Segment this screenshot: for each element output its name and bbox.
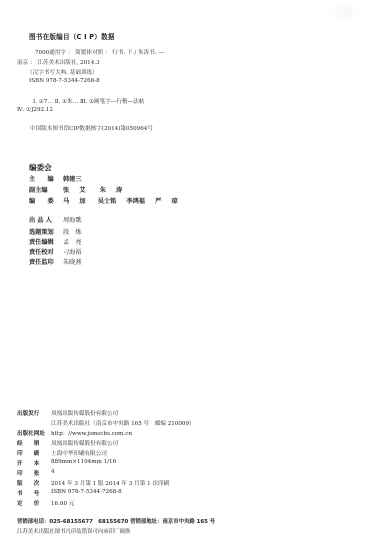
pub-label: 印 刷 — [17, 449, 51, 457]
pub-label: 印 张 — [17, 469, 51, 477]
editorial-value: 艾 — [79, 187, 85, 194]
editorial-value: 马 — [63, 198, 69, 205]
editorial-values: 马 加 吴士铭 李鸿福 严 琼 — [63, 196, 186, 205]
pub-label: 出版发行 — [17, 409, 51, 417]
staff-label: 选题策划 — [29, 227, 63, 236]
pub-label: 书 号 — [17, 489, 51, 497]
editorial-value: 琼 — [171, 198, 177, 205]
editorial-value: 朱 — [100, 187, 106, 194]
staff-label: 责任校对 — [29, 247, 63, 256]
pub-row: 出版社网址 http：//www.jsmscbs.com.cn — [17, 429, 132, 437]
pub-label: 开 本 — [17, 459, 51, 467]
staff-value: 段 炼 — [63, 227, 82, 236]
pub-value: 凤凰出版传媒股份有限公司 — [51, 409, 118, 417]
pub-label: 版 次 — [17, 479, 51, 487]
pub-row: 江苏美术出版社（南京市中央路 165 号 邮编 210009） — [17, 419, 195, 427]
cip-line: ISBN 978-7-5344-7268-8 — [29, 78, 100, 84]
editorial-values: 韩建三 — [63, 174, 90, 183]
pub-label: 经 销 — [17, 439, 51, 447]
pub-value: ISBN 978-7-5344-7268-8 — [51, 489, 122, 497]
misprint-notice: 江苏美术出版社图书凡印装错误可向承印厂调换 — [17, 527, 130, 535]
cip-line: （汉字书写大典. 基础训练） — [27, 68, 98, 76]
editorial-value: 张 — [63, 187, 69, 194]
editorial-label: 编 委 — [29, 196, 63, 205]
editorial-value: 李鸿福 — [126, 198, 145, 205]
editorial-value: 韩建三 — [63, 176, 82, 183]
cip-classification: Ⅳ. ①J292.12 — [17, 107, 53, 113]
pub-row: 开 本 889mm×1194mm 1/16 — [17, 459, 116, 467]
editorial-value: 涛 — [116, 187, 122, 194]
editorial-row: 编 委 马 加 吴士铭 李鸿福 严 琼 — [29, 196, 186, 205]
pub-value: 2014 年 3 月第 1 版 2014 年 3 月第 1 次印刷 — [51, 479, 169, 487]
pub-row: 印 刷 上海中华印刷有限公司 — [17, 449, 107, 457]
pub-value: 889mm×1194mm 1/16 — [51, 459, 116, 467]
staff-value: 孟 亮 — [63, 237, 82, 246]
marketing-contact: 营销部电话：025-68155677 68155670 营销部地址：南京市中央路… — [17, 517, 215, 525]
pub-row: 书 号 ISBN 978-7-5344-7268-8 — [17, 489, 122, 497]
staff-value: 刁海裕 — [63, 247, 82, 256]
cip-number: 中国版本图书馆CIP数据核字(2014)第050964号 — [30, 124, 153, 132]
pub-value: 江苏美术出版社（南京市中央路 165 号 邮编 210009） — [51, 419, 195, 427]
pub-label: 出版社网址 — [17, 429, 51, 437]
pub-label — [17, 419, 51, 427]
editorial-label: 副主编 — [29, 185, 63, 194]
pub-value: 凤凰出版传媒股份有限公司 — [51, 439, 118, 447]
staff-row: 责任编辑 孟 亮 — [29, 237, 82, 246]
cip-classification: Ⅰ. ①7… Ⅱ. ①朱… Ⅲ. ①硬笔字—行楷—法帖 — [33, 97, 144, 105]
staff-row: 责任监印 朱晓燕 — [29, 257, 82, 266]
staff-label: 责任监印 — [29, 257, 63, 266]
editorial-row: 副主编 张 艾 朱 涛 — [29, 185, 130, 194]
pub-row: 版 次 2014 年 3 月第 1 版 2014 年 3 月第 1 次印刷 — [17, 479, 169, 487]
staff-label: 出 品 人 — [29, 215, 63, 224]
pub-value: 16.00 元 — [51, 499, 74, 507]
editorial-row: 主 编 韩建三 — [29, 174, 90, 183]
editorial-values: 张 艾 朱 涛 — [63, 185, 130, 194]
staff-value: 周海歌 — [63, 215, 82, 224]
editorial-title: 编委会 — [29, 162, 52, 173]
editorial-label: 主 编 — [29, 174, 63, 183]
cip-line: 南京 ： 江苏美术出版社, 2014.3 — [17, 58, 100, 66]
pub-value: 上海中华印刷有限公司 — [51, 449, 107, 457]
editorial-value: 严 — [155, 198, 161, 205]
staff-value: 朱晓燕 — [63, 257, 82, 266]
pub-website-link: http：//www.jsmscbs.com.cn — [51, 429, 132, 437]
editorial-value: 吴士铭 — [98, 198, 117, 205]
staff-label: 责任编辑 — [29, 237, 63, 246]
staff-row: 出 品 人 周海歌 — [29, 215, 82, 224]
pub-value: 4 — [51, 469, 55, 477]
pub-row: 经 销 凤凰出版传媒股份有限公司 — [17, 439, 118, 447]
editorial-value: 加 — [79, 198, 85, 205]
scan-artifact — [325, 2, 365, 22]
pub-row: 印 张 4 — [17, 469, 55, 477]
pub-row: 出版发行 凤凰出版传媒股份有限公司 — [17, 409, 118, 417]
cip-title: 图书在版编目（C I P）数据 — [29, 31, 115, 41]
staff-row: 选题策划 段 炼 — [29, 227, 82, 236]
staff-row: 责任校对 刁海裕 — [29, 247, 82, 256]
pub-row: 定 价 16.00 元 — [17, 499, 74, 507]
cip-line: 7000通用字 ： 简繁体对照 ： 行书. 下 / 朱涛书. — — [35, 48, 164, 56]
pub-label: 定 价 — [17, 499, 51, 507]
